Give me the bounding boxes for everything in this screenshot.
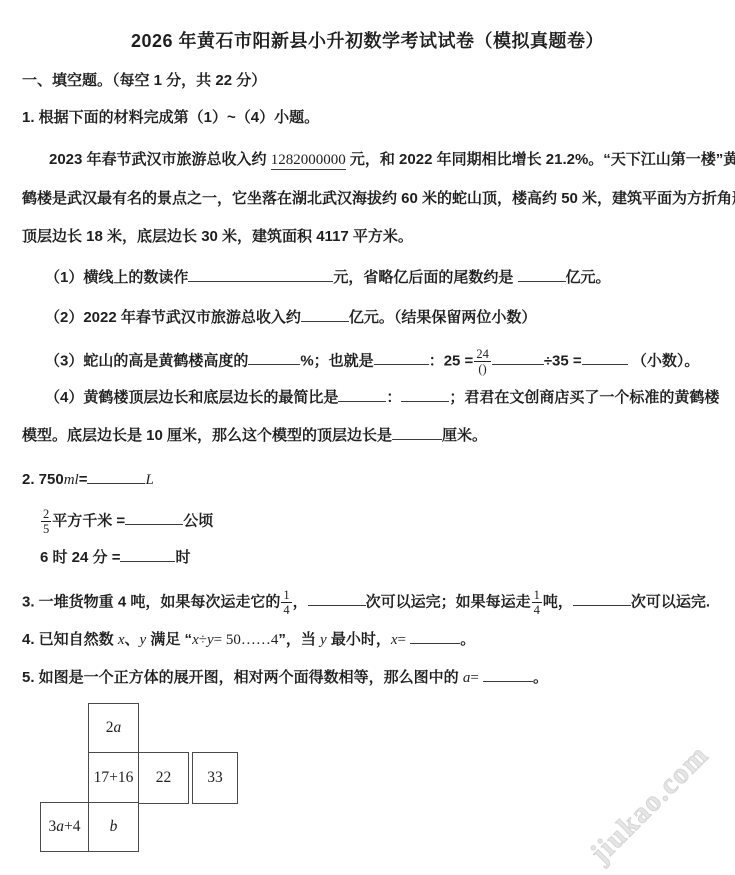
fraction-numerator: 2 — [41, 507, 51, 521]
net-cell: 33 — [192, 752, 238, 804]
text-segment: 、 — [125, 631, 140, 648]
q2-line2: 25平方千米 =公顷 — [40, 507, 213, 536]
math-segment: x — [118, 632, 125, 648]
text-segment: （1）横线上的数读作 — [45, 269, 188, 286]
text-segment: 亿元。（结果保留两位小数） — [349, 309, 537, 326]
text-segment: 5. 如图是一个正方体的展开图，相对两个面得数相等，那么图中的 — [22, 669, 463, 686]
page-title: 2026 年黄石市阳新县小升初数学考试试卷（模拟真题卷） — [0, 27, 735, 53]
text-segment: ；君君在文创商店买了一个标准的黄鹤楼 — [449, 389, 719, 406]
math-segment: y — [320, 632, 327, 648]
blank-underline — [188, 267, 333, 282]
blank-underline — [410, 629, 460, 644]
math-segment: a= — [463, 670, 479, 686]
blank-underline — [401, 387, 449, 402]
q3: 3. 一堆货物重 4 吨，如果每次运走它的14，次可以运完；如果每运走14吨，次… — [22, 588, 710, 617]
blank-underline — [338, 387, 386, 402]
net-cell: 2a — [88, 703, 139, 753]
text-segment: 元，和 2022 年同期相比增长 21.2%。“天下江山第一楼”黄 — [346, 151, 735, 168]
q1-intro: 1. 根据下面的材料完成第（1）~（4）小题。 — [22, 107, 319, 129]
text-segment: 。 — [460, 631, 475, 648]
math-segment: x÷y= 50……4 — [192, 632, 278, 648]
text-segment: 模型。底层边长是 10 厘米，那么这个模型的顶层边长是 — [22, 427, 392, 444]
blank-underline — [301, 307, 349, 322]
text-segment: 4. 已知自然数 — [22, 631, 118, 648]
blank-underline — [483, 667, 533, 682]
text-segment: 元，省略亿后面的尾数约是 — [333, 269, 517, 286]
text-segment: 吨， — [543, 593, 573, 610]
material-line-1: 2023 年春节武汉市旅游总收入约 1282000000 元，和 2022 年同… — [49, 149, 735, 171]
text-segment: 时 — [175, 549, 190, 566]
text-segment: 满足 “ — [146, 631, 192, 648]
q1-sub2: （2）2022 年春节武汉市旅游总收入约亿元。（结果保留两位小数） — [45, 307, 536, 329]
text-segment: 最小时， — [327, 631, 391, 648]
fraction-denominator: () — [474, 361, 491, 376]
fraction-denominator: 4 — [281, 602, 291, 617]
text-segment: 2023 年春节武汉市旅游总收入约 — [49, 151, 271, 168]
text-segment: 亿元。 — [566, 269, 611, 286]
text-segment: ÷35 = — [544, 352, 582, 369]
net-cell: b — [88, 802, 139, 852]
q2-line3: 6 时 24 分 =时 — [40, 547, 190, 569]
text-segment: （2）2022 年春节武汉市旅游总收入约 — [45, 309, 301, 326]
text-segment: （4）黄鹤楼顶层边长和底层边长的最简比是 — [45, 389, 338, 406]
text-segment: 。 — [533, 669, 548, 686]
text-segment: 一、填空题。（每空 1 分，共 22 分） — [22, 72, 266, 89]
fraction-numerator: 1 — [281, 588, 291, 602]
text-segment: 次可以运完；如果每运走 — [366, 593, 531, 610]
text-segment: ： — [386, 389, 401, 406]
fraction-denominator: 4 — [532, 602, 542, 617]
q1-sub4-line1: （4）黄鹤楼顶层边长和底层边长的最简比是：；君君在文创商店买了一个标准的黄鹤楼 — [45, 387, 719, 409]
fraction-numerator: 1 — [532, 588, 542, 602]
blank-underline — [87, 469, 145, 484]
fraction: 25 — [41, 507, 51, 536]
text-segment: 2. 750 — [22, 471, 64, 488]
fraction: 14 — [281, 588, 291, 617]
blank-underline — [125, 510, 183, 525]
net-cell: 22 — [138, 752, 189, 804]
blank-underline — [308, 591, 366, 606]
math-segment: L — [145, 472, 153, 488]
text-segment: ， — [293, 593, 308, 610]
text-segment: （小数）。 — [628, 352, 700, 369]
net-cell: 17+16 — [88, 752, 139, 804]
material-line-3: 顶层边长 18 米，底层边长 30 米，建筑面积 4117 平方米。 — [22, 226, 413, 248]
q1-sub1: （1）横线上的数读作元，省略亿后面的尾数约是 亿元。 — [45, 267, 611, 289]
blank-underline — [492, 350, 544, 365]
text-segment: （3）蛇山的高是黄鹤楼高度的 — [45, 352, 248, 369]
q1-sub3: （3）蛇山的高是黄鹤楼高度的%；也就是：25 =24()÷35 = （小数）。 — [45, 347, 699, 376]
q4: 4. 已知自然数 x、y 满足 “x÷y= 50……4”，当 y 最小时，x= … — [22, 629, 475, 651]
q5: 5. 如图是一个正方体的展开图，相对两个面得数相等，那么图中的 a= 。 — [22, 667, 548, 689]
text-segment: ”，当 — [278, 631, 320, 648]
q2-line1: 2. 750ml=L — [22, 469, 154, 491]
math-segment: 1282000000 — [271, 152, 346, 170]
text-segment: 次可以运完. — [631, 593, 710, 610]
blank-underline — [248, 350, 300, 365]
text-segment: = — [79, 471, 88, 488]
text-segment: %；也就是 — [300, 352, 373, 369]
cube-net-diagram: 2a17+1622333a+4b — [40, 703, 238, 852]
text-segment: ：25 = — [429, 352, 474, 369]
section-heading: 一、填空题。（每空 1 分，共 22 分） — [22, 70, 266, 92]
exam-paper-page: 2026 年黄石市阳新县小升初数学考试试卷（模拟真题卷） 一、填空题。（每空 1… — [0, 0, 735, 875]
text-segment: 公顷 — [183, 512, 213, 529]
blank-underline — [120, 547, 175, 562]
q1-sub4-line2: 模型。底层边长是 10 厘米，那么这个模型的顶层边长是厘米。 — [22, 425, 487, 447]
net-cell: 3a+4 — [40, 802, 89, 852]
text-segment: 6 时 24 分 = — [40, 549, 120, 566]
fraction-denominator: 5 — [41, 521, 51, 536]
math-segment: x= — [391, 632, 406, 648]
text-segment: 顶层边长 18 米，底层边长 30 米，建筑面积 4117 平方米。 — [22, 228, 413, 245]
text-segment: 平方千米 = — [52, 512, 125, 529]
blank-underline — [392, 425, 442, 440]
math-segment: ml — [64, 472, 79, 488]
blank-underline — [582, 350, 628, 365]
blank-underline — [374, 350, 429, 365]
text-segment: 1. 根据下面的材料完成第（1）~（4）小题。 — [22, 109, 319, 126]
blank-underline — [573, 591, 631, 606]
blank-underline — [518, 267, 566, 282]
text-segment: 3. 一堆货物重 4 吨，如果每次运走它的 — [22, 593, 280, 610]
text-segment: 厘米。 — [442, 427, 487, 444]
fraction: 14 — [532, 588, 542, 617]
fraction: 24() — [474, 347, 491, 376]
material-line-2: 鹤楼是武汉最有名的景点之一，它坐落在湖北武汉海拔约 60 米的蛇山顶，楼高约 5… — [22, 188, 735, 210]
watermark: jiukao.com — [584, 691, 735, 870]
text-segment: 鹤楼是武汉最有名的景点之一，它坐落在湖北武汉海拔约 60 米的蛇山顶，楼高约 5… — [22, 190, 735, 207]
fraction-numerator: 24 — [474, 347, 491, 361]
